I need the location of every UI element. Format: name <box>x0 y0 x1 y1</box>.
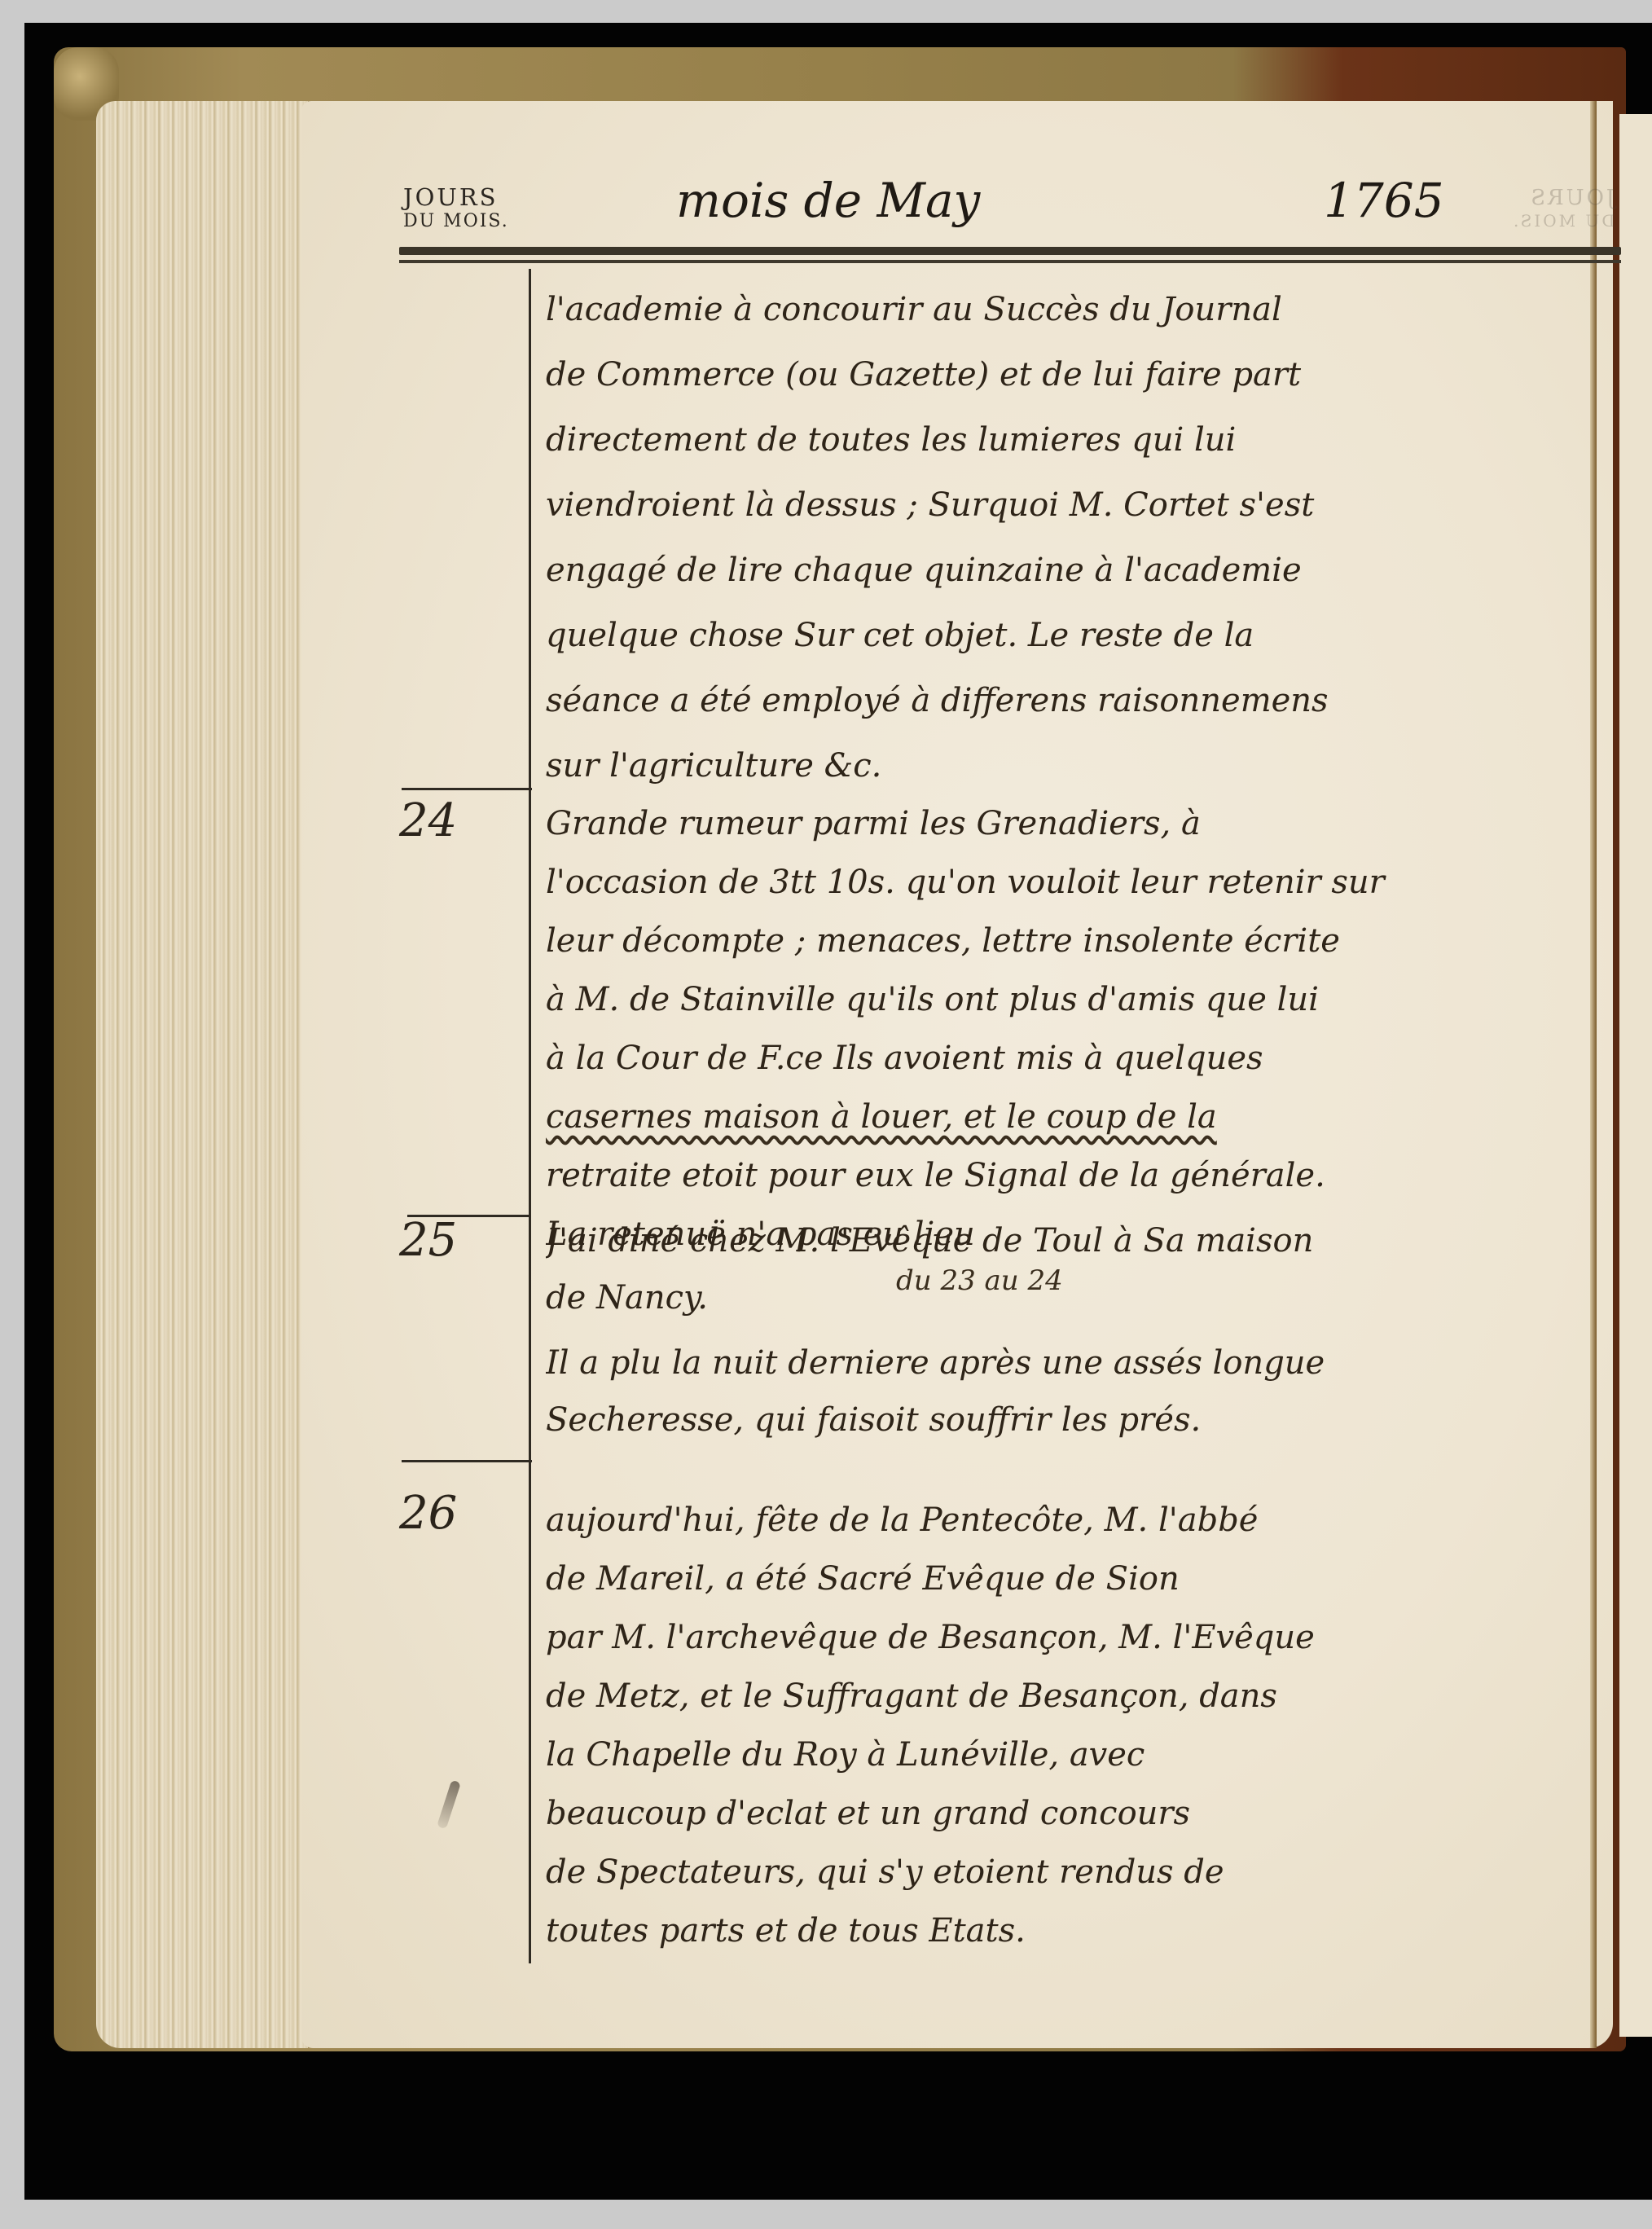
page-edges-stack <box>96 101 308 2048</box>
text-line: retraite etoit pour eux le Signal de la … <box>546 1146 1605 1205</box>
text-line: par M. l'archevêque de Besançon, M. l'Ev… <box>546 1608 1605 1667</box>
interlinear-insertion: du 23 au 24 <box>896 1264 1063 1297</box>
text-line: de Commerce (ou Gazette) et de lui faire… <box>546 342 1605 407</box>
entry-separator <box>402 1460 532 1462</box>
text-line: la Chapelle du Roy à Lunéville, avec <box>546 1726 1605 1784</box>
text-line: de Mareil, a été Sacré Evêque de Sion <box>546 1550 1605 1608</box>
header-rule-thick <box>399 247 1621 255</box>
text-line: sur l'agriculture &c. <box>546 733 1605 798</box>
day-number: 25 <box>399 1214 457 1267</box>
printed-label-du-mois: DU MOIS. <box>403 211 509 231</box>
diary-entry-26: aujourd'hui, fête de la Pentecôte, M. l'… <box>546 1491 1605 1960</box>
text-line: l'occasion de 3tt 10s. qu'on vouloit leu… <box>546 853 1605 912</box>
page-year: 1765 <box>1324 173 1444 228</box>
text-line: J'ai diné chez M. l'Evêque de Toul à Sa … <box>546 1212 1605 1269</box>
text-line: aujourd'hui, fête de la Pentecôte, M. l'… <box>546 1491 1605 1550</box>
text-line: quelque chose Sur cet objet. Le reste de… <box>546 603 1605 668</box>
bleed-through-label-1: JOURS <box>1511 186 1615 211</box>
header-rule-thin <box>399 260 1621 263</box>
text-line: de Metz, et le Suffragant de Besançon, d… <box>546 1667 1605 1726</box>
bleed-through-header: JOURS DU MOIS. <box>1511 186 1615 231</box>
day-number: 26 <box>399 1487 457 1540</box>
text-line: de Spectateurs, qui s'y etoient rendus d… <box>546 1843 1605 1901</box>
text-line: à M. de Stainville qu'ils ont plus d'ami… <box>546 970 1605 1029</box>
entry-separator <box>402 788 532 790</box>
text-line: toutes parts et de tous Etats. <box>546 1901 1605 1960</box>
facing-page-edge <box>1619 114 1652 2037</box>
text-line: Grande rumeur parmi les Grenadiers, à <box>546 794 1605 853</box>
text-line: à la Cour de F.ce Ils avoient mis à quel… <box>546 1029 1605 1088</box>
diary-entry-25: J'ai diné chez M. l'Evêque de Toul à Sa … <box>546 1212 1605 1449</box>
text-line: l'academie à concourir au Succès du Jour… <box>546 277 1605 342</box>
printed-label-jours: JOURS <box>403 184 509 211</box>
printed-column-label: JOURS DU MOIS. <box>403 184 509 232</box>
day-number: 24 <box>399 794 457 847</box>
text-line: viendroient là dessus ; Surquoi M. Corte… <box>546 473 1605 538</box>
diary-entry-24: Grande rumeur parmi les Grenadiers, à l'… <box>546 794 1605 1264</box>
text-line: leur décompte ; menaces, lettre insolent… <box>546 912 1605 970</box>
bleed-through-label-2: DU MOIS. <box>1511 211 1615 231</box>
text-line-with-strikeout: Il a plu la nuit derniere après une assé… <box>546 1334 1605 1391</box>
text-line: Secheresse, qui faisoit souffrir les pré… <box>546 1391 1605 1449</box>
continuation-entry: l'academie à concourir au Succès du Jour… <box>546 277 1605 798</box>
text-line: de Nancy. <box>546 1269 1605 1326</box>
text-line: engagé de lire chaque quinzaine à l'acad… <box>546 538 1605 603</box>
text-line-underlined: casernes maison à louer, et le coup de l… <box>546 1088 1605 1146</box>
day-column-divider <box>529 269 531 1963</box>
text-line: séance a été employé à differens raisonn… <box>546 668 1605 733</box>
text-line: beaucoup d'eclat et un grand concours <box>546 1784 1605 1843</box>
page-title: mois de May <box>676 173 980 228</box>
text-line: directement de toutes les lumieres qui l… <box>546 407 1605 473</box>
